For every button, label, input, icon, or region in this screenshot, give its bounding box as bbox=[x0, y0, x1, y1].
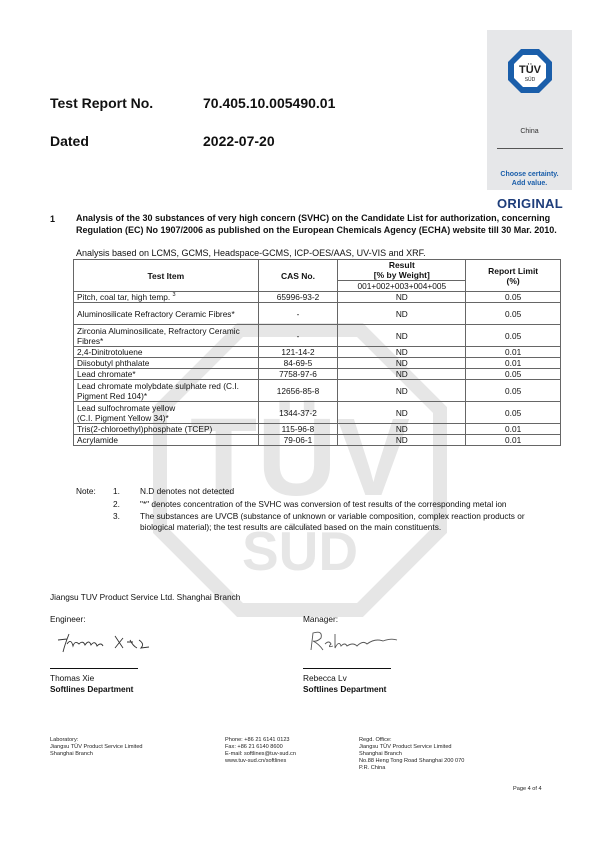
footer-line: E-mail: softlines@tuv-sud.cn bbox=[225, 751, 296, 758]
tuv-logo-icon: TÜV SÜD bbox=[507, 48, 553, 94]
report-limit-cell: 0.01 bbox=[466, 424, 561, 435]
table-row: Aluminosilicate Refractory Ceramic Fibre… bbox=[74, 303, 561, 325]
result-cell: ND bbox=[338, 424, 466, 435]
svg-text:TÜV: TÜV bbox=[519, 63, 542, 76]
test-item-cell: Acrylamide bbox=[74, 435, 259, 446]
manager-role: Manager: bbox=[303, 614, 338, 624]
report-limit-cell: 0.05 bbox=[466, 402, 561, 424]
footer-line: www.tuv-sud.cn/softlines bbox=[225, 758, 296, 765]
cas-no-cell: 121-14-2 bbox=[258, 347, 338, 358]
report-limit-cell: 0.01 bbox=[466, 358, 561, 369]
table-row: Lead sulfochromate yellow (C.I. Pigment … bbox=[74, 402, 561, 424]
footer-line: Phone: +86 21 6141 0123 bbox=[225, 737, 296, 744]
table-row: Diisobutyl phthalate84-69-5ND0.01 bbox=[74, 358, 561, 369]
report-limit-cell: 0.05 bbox=[466, 303, 561, 325]
footer-contact: Phone: +86 21 6141 0123Fax: +86 21 6140 … bbox=[225, 737, 296, 765]
section-number: 1 bbox=[50, 214, 55, 224]
footer-line: Laboratory: bbox=[50, 737, 143, 744]
test-item-cell: 2,4-Dinitrotoluene bbox=[74, 347, 259, 358]
cas-no-cell: - bbox=[258, 303, 338, 325]
result-cell: ND bbox=[338, 358, 466, 369]
test-item-cell: Lead chromate molybdate sulphate red (C.… bbox=[74, 380, 259, 402]
engineer-role: Engineer: bbox=[50, 614, 86, 624]
brand-slogan: Choose certainty. Add value. bbox=[487, 170, 572, 188]
manager-signature-icon bbox=[305, 628, 405, 656]
dated-label: Dated bbox=[50, 133, 89, 149]
note-number: 1. bbox=[113, 486, 140, 497]
note-item: 2."*" denotes concentration of the SVHC … bbox=[113, 499, 573, 510]
manager-department: Softlines Department bbox=[303, 684, 386, 694]
section-method: Analysis based on LCMS, GCMS, Headspace-… bbox=[76, 248, 426, 259]
original-stamp: ORIGINAL bbox=[488, 196, 572, 211]
engineer-name: Thomas Xie bbox=[50, 673, 94, 683]
note-number: 2. bbox=[113, 499, 140, 510]
report-no: 70.405.10.005490.01 bbox=[203, 95, 335, 111]
test-item-cell: Aluminosilicate Refractory Ceramic Fibre… bbox=[74, 303, 259, 325]
report-limit-cell: 0.05 bbox=[466, 292, 561, 303]
cas-no-cell: 65996-93-2 bbox=[258, 292, 338, 303]
report-limit-cell: 0.05 bbox=[466, 325, 561, 347]
table-row: Tris(2-chloroethyl)phosphate (TCEP)115-9… bbox=[74, 424, 561, 435]
cas-no-cell: 79-06-1 bbox=[258, 435, 338, 446]
footer-line: Jiangsu TÜV Product Service Limited bbox=[359, 744, 464, 751]
footer-line: Jiangsu TÜV Product Service Limited bbox=[50, 744, 143, 751]
svhc-results-table: Test Item CAS No. Result [% by Weight] R… bbox=[73, 259, 561, 446]
cas-no-cell: - bbox=[258, 325, 338, 347]
note-label: Note: bbox=[76, 486, 96, 497]
brand-region: China bbox=[487, 128, 572, 135]
result-cell: ND bbox=[338, 402, 466, 424]
dated-value: 2022-07-20 bbox=[203, 133, 275, 149]
table-row: 2,4-Dinitrotoluene121-14-2ND0.01 bbox=[74, 347, 561, 358]
footer-line: Fax: +86 21 6140 8600 bbox=[225, 744, 296, 751]
header-result: Result [% by Weight] bbox=[338, 260, 466, 281]
cas-no-cell: 7758-97-6 bbox=[258, 369, 338, 380]
result-cell: ND bbox=[338, 325, 466, 347]
header-cas-no: CAS No. bbox=[258, 260, 338, 292]
brand-divider bbox=[497, 148, 563, 149]
result-cell: ND bbox=[338, 303, 466, 325]
report-limit-cell: 0.05 bbox=[466, 380, 561, 402]
result-cell: ND bbox=[338, 292, 466, 303]
table-row: Acrylamide79-06-1ND0.01 bbox=[74, 435, 561, 446]
test-item-cell: Tris(2-chloroethyl)phosphate (TCEP) bbox=[74, 424, 259, 435]
cas-no-cell: 12656-85-8 bbox=[258, 380, 338, 402]
cas-no-cell: 115-96-8 bbox=[258, 424, 338, 435]
note-item: 1.N.D denotes not detected bbox=[113, 486, 573, 497]
test-item-cell: Lead sulfochromate yellow (C.I. Pigment … bbox=[74, 402, 259, 424]
report-limit-cell: 0.01 bbox=[466, 347, 561, 358]
note-text: The substances are UVCB (substance of un… bbox=[140, 511, 545, 532]
footer-line: P.R. China bbox=[359, 765, 464, 772]
result-cell: ND bbox=[338, 369, 466, 380]
footer-office: Regd. Office:Jiangsu TÜV Product Service… bbox=[359, 737, 464, 772]
report-limit-cell: 0.05 bbox=[466, 369, 561, 380]
cas-no-cell: 84-69-5 bbox=[258, 358, 338, 369]
table-row: Lead chromate*7758-97-6ND0.05 bbox=[74, 369, 561, 380]
svg-text:SÜD: SÜD bbox=[525, 76, 536, 83]
note-item: 3.The substances are UVCB (substance of … bbox=[113, 511, 573, 532]
header-report-limit: Report Limit (%) bbox=[466, 260, 561, 292]
result-cell: ND bbox=[338, 435, 466, 446]
engineer-signature-icon bbox=[55, 630, 165, 655]
engineer-department: Softlines Department bbox=[50, 684, 133, 694]
note-text: "*" denotes concentration of the SVHC wa… bbox=[140, 499, 545, 510]
manager-name: Rebecca Lv bbox=[303, 673, 347, 683]
section-title: Analysis of the 30 substances of very hi… bbox=[76, 213, 576, 236]
engineer-signature-line bbox=[50, 668, 138, 669]
company-name: Jiangsu TUV Product Service Ltd. Shangha… bbox=[50, 592, 240, 602]
report-no-label: Test Report No. bbox=[50, 95, 153, 111]
note-text: N.D denotes not detected bbox=[140, 486, 545, 497]
cas-no-cell: 1344-37-2 bbox=[258, 402, 338, 424]
result-cell: ND bbox=[338, 347, 466, 358]
footer-line: Regd. Office: bbox=[359, 737, 464, 744]
table-row: Lead chromate molybdate sulphate red (C.… bbox=[74, 380, 561, 402]
slogan-line-1: Choose certainty. bbox=[487, 170, 572, 179]
manager-signature-line bbox=[303, 668, 391, 669]
footer-laboratory: Laboratory:Jiangsu TÜV Product Service L… bbox=[50, 737, 143, 758]
test-item-cell: Zirconia Aluminosilicate, Refractory Cer… bbox=[74, 325, 259, 347]
footnote-ref: 3 bbox=[172, 292, 175, 298]
footer-line: Shanghai Branch bbox=[359, 751, 464, 758]
table-row: Pitch, coal tar, high temp. 365996-93-2N… bbox=[74, 292, 561, 303]
footer-line: No.88 Heng Tong Road Shanghai 200 070 bbox=[359, 758, 464, 765]
test-item-cell: Diisobutyl phthalate bbox=[74, 358, 259, 369]
header-result-samples: 001+002+003+004+005 bbox=[338, 281, 466, 292]
report-limit-cell: 0.01 bbox=[466, 435, 561, 446]
footer-line: Shanghai Branch bbox=[50, 751, 143, 758]
test-item-cell: Lead chromate* bbox=[74, 369, 259, 380]
test-item-cell: Pitch, coal tar, high temp. 3 bbox=[74, 292, 259, 303]
header-test-item: Test Item bbox=[74, 260, 259, 292]
brand-panel: TÜV SÜD China Choose certainty. Add valu… bbox=[487, 30, 572, 190]
notes-list: 1.N.D denotes not detected2."*" denotes … bbox=[113, 486, 573, 534]
result-cell: ND bbox=[338, 380, 466, 402]
note-number: 3. bbox=[113, 511, 140, 532]
slogan-line-2: Add value. bbox=[487, 179, 572, 188]
page-number: Page 4 of 4 bbox=[513, 786, 542, 793]
table-row: Zirconia Aluminosilicate, Refractory Cer… bbox=[74, 325, 561, 347]
